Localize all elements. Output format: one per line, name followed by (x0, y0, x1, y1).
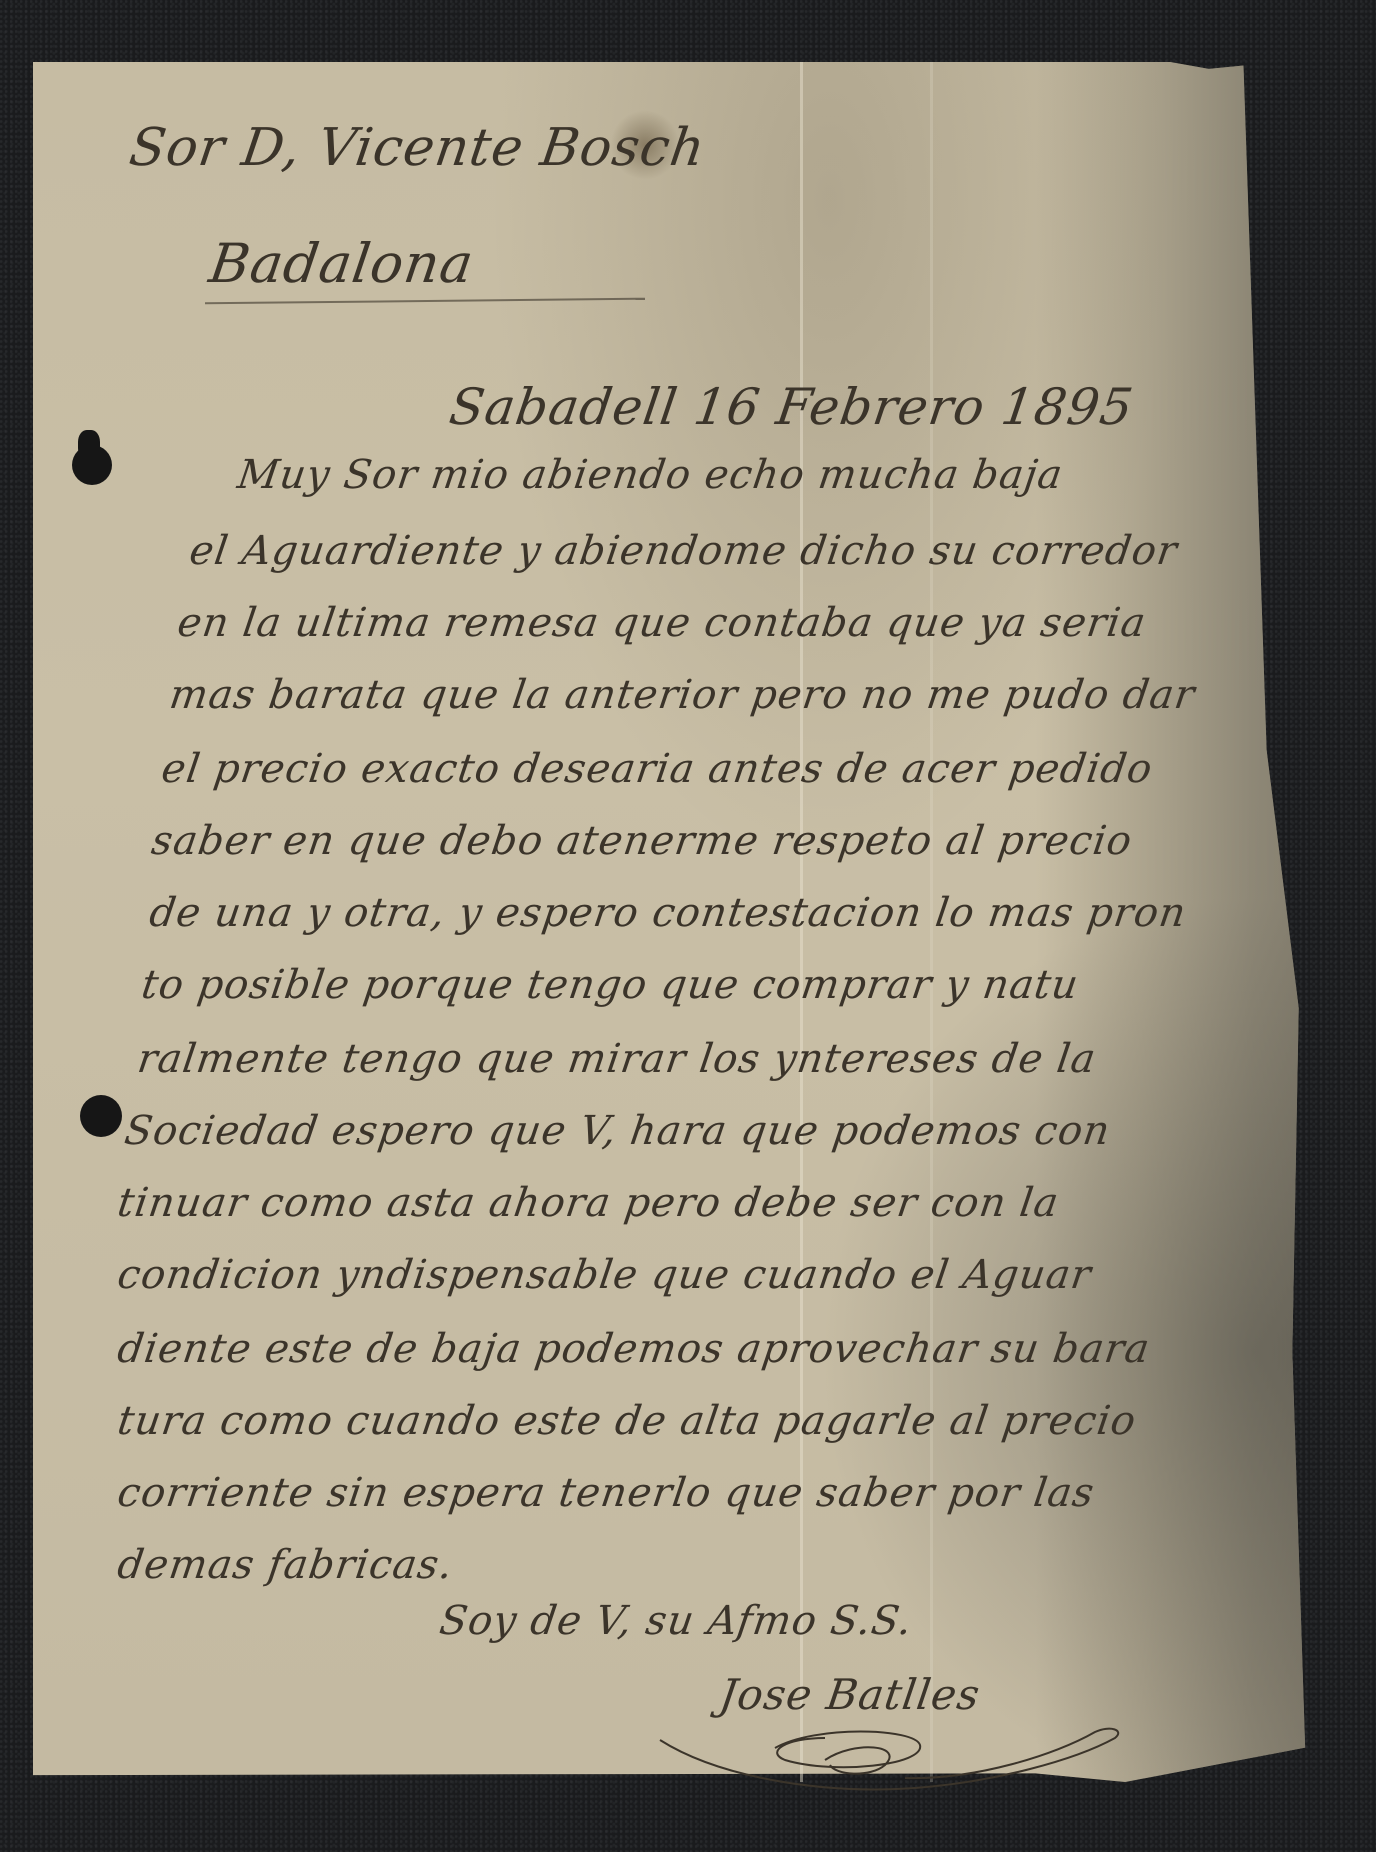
body-line: condicion yndispensable que cuando el Ag… (115, 1252, 1095, 1298)
body-line: mas barata que la anterior pero no me pu… (167, 672, 1198, 718)
body-line: de una y otra, y espero contestacion lo … (147, 890, 1189, 936)
signature-flourish-icon (655, 1720, 1135, 1810)
body-line: Sociedad espero que V, hara que podemos … (122, 1108, 1114, 1154)
closing-formula: Soy de V, su Afmo S.S. (437, 1598, 916, 1644)
body-line: en la ultima remesa que contaba que ya s… (175, 600, 1149, 646)
recipient-city: Badalona (206, 232, 478, 295)
body-line: el precio exacto desearia antes de acer … (159, 746, 1156, 792)
body-line: Muy Sor mio abiendo echo mucha baja (235, 452, 1066, 498)
punch-hole-bottom (80, 1095, 122, 1137)
body-line: diente este de baja podemos aprovechar s… (115, 1326, 1153, 1372)
place-date: Sabadell 16 Febrero 1895 (446, 378, 1137, 436)
punch-hole-top-tear (78, 430, 100, 460)
body-line: el Aguardiente y abiendome dicho su corr… (187, 528, 1181, 574)
recipient-name: Sor D, Vicente Bosch (126, 118, 709, 178)
body-line: corriente sin espera tenerlo que saber p… (115, 1470, 1098, 1516)
body-line: tura como cuando este de alta pagarle al… (115, 1398, 1140, 1444)
body-line: saber en que debo atenerme respeto al pr… (149, 818, 1136, 864)
body-line: to posible porque tengo que comprar y na… (139, 962, 1082, 1008)
body-line: tinuar como asta ahora pero debe ser con… (115, 1180, 1062, 1226)
body-line: ralmente tengo que mirar los yntereses d… (135, 1036, 1099, 1082)
body-line: demas fabricas. (115, 1542, 456, 1588)
signature: Jose Batlles (717, 1670, 984, 1719)
